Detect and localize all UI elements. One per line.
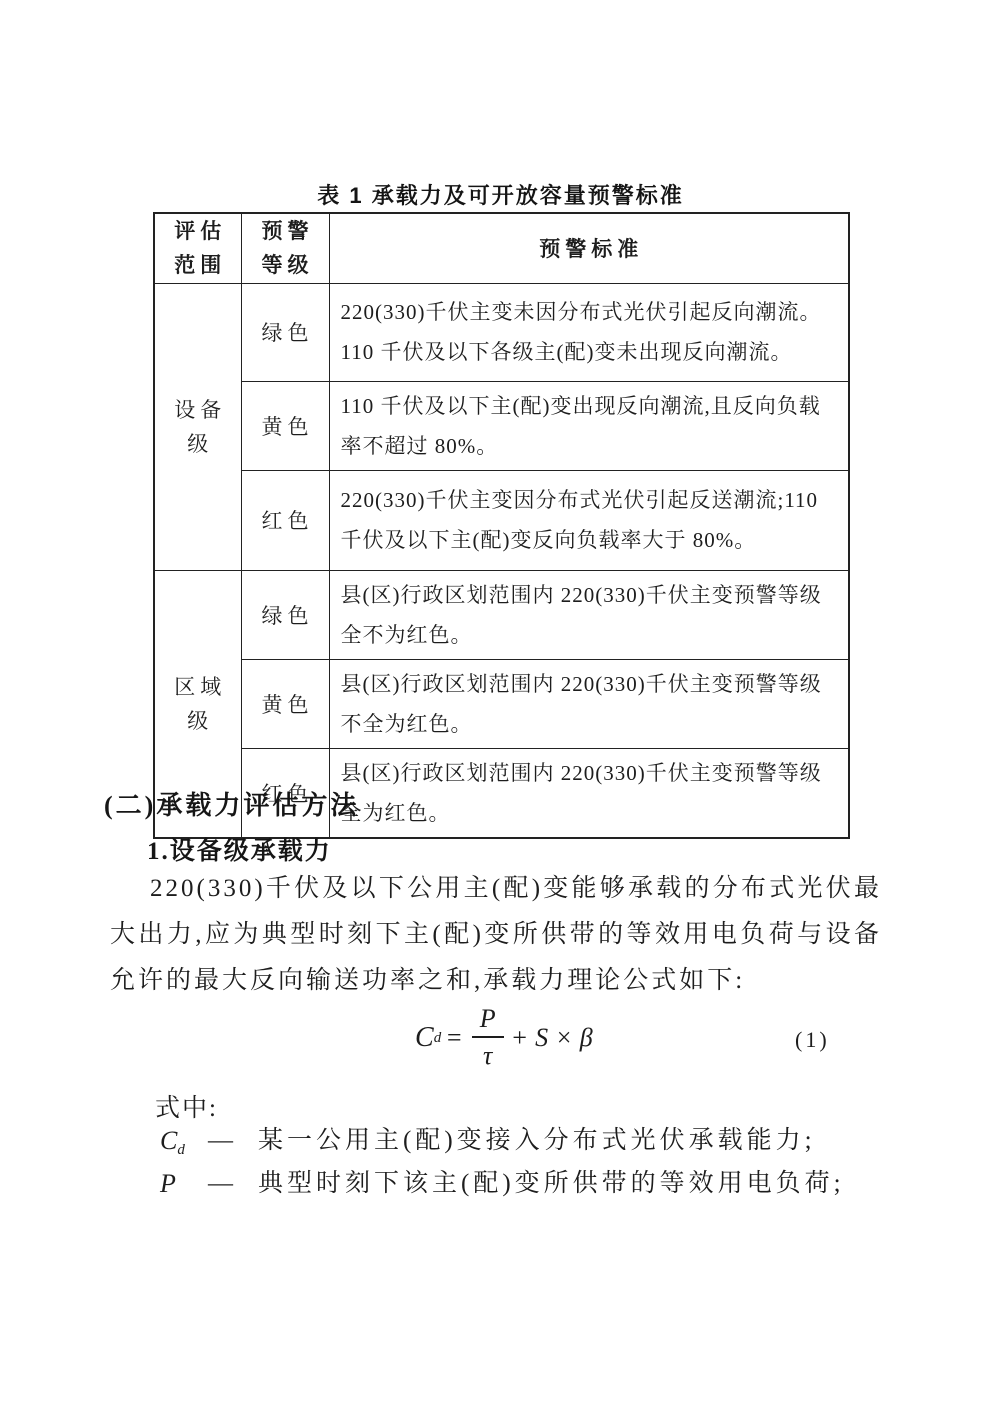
definition-text: 典型时刻下该主(配)变所供带的等效用电负荷; <box>258 1167 878 1201</box>
standard-cell: 110 千伏及以下主(配)变出现反向潮流,且反向负载率不超过 80%。 <box>329 381 849 470</box>
symbol-letter: P <box>160 1169 176 1198</box>
formula-lhs-subscript: d <box>434 1030 442 1047</box>
col-header-scope-line1: 评估 <box>160 214 241 248</box>
symbol-subscript: d <box>177 1142 185 1158</box>
formula-capacity: Cd = P τ + S × β <box>415 1002 593 1074</box>
series-symbol: S <box>535 1023 548 1053</box>
scope-text-line2: 级 <box>160 427 241 461</box>
definition-list: Cd — 某一公用主(配)变接入分布式光伏承载能力; P — 典型时刻下该主(配… <box>160 1124 878 1210</box>
plus-sign: + <box>511 1023 529 1053</box>
standard-cell: 县(区)行政区划范围内 220(330)千伏主变预警等级不全为红色。 <box>329 659 849 748</box>
col-header-level: 预警 等级 <box>241 213 329 283</box>
definition-symbol: P <box>160 1167 204 1210</box>
fraction-denominator: τ <box>472 1036 504 1074</box>
definition-text: 某一公用主(配)变接入分布式光伏承载能力; <box>258 1124 878 1158</box>
definition-dash: — <box>204 1124 258 1158</box>
section-heading: (二)承载力评估方法 <box>104 785 359 822</box>
scope-text-line1: 设备 <box>160 393 241 427</box>
document-page: 表 1 承载力及可开放容量预警标准 评估 范围 预警 等级 预警标准 设备 级 … <box>0 0 992 1403</box>
table-row: 区域 级 绿色 县(区)行政区划范围内 220(330)千伏主变预警等级全不为红… <box>154 570 849 659</box>
level-cell-yellow: 黄色 <box>241 659 329 748</box>
standard-cell: 220(330)千伏主变因分布式光伏引起反送潮流;110 千伏及以下主(配)变反… <box>329 470 849 570</box>
table-row: 黄色 县(区)行政区划范围内 220(330)千伏主变预警等级不全为红色。 <box>154 659 849 748</box>
table-row: 黄色 110 千伏及以下主(配)变出现反向潮流,且反向负载率不超过 80%。 <box>154 381 849 470</box>
subsection-heading: 1.设备级承载力 <box>147 831 332 867</box>
formula-row: Cd = P τ + S × β (1) <box>0 1002 992 1094</box>
scope-text-line2: 级 <box>160 704 241 738</box>
fraction-numerator: P <box>472 1002 504 1036</box>
standard-cell: 县(区)行政区划范围内 220(330)千伏主变预警等级全不为红色。 <box>329 570 849 659</box>
col-header-scope: 评估 范围 <box>154 213 241 283</box>
times-sign: × <box>555 1023 573 1053</box>
definition-dash: — <box>204 1167 258 1201</box>
formula-lhs-symbol: C <box>415 1022 434 1054</box>
definitions-intro: 式中: <box>155 1088 218 1124</box>
definition-item-cd: Cd — 某一公用主(配)变接入分布式光伏承载能力; <box>160 1124 878 1167</box>
level-cell-green: 绿色 <box>241 283 329 381</box>
col-header-level-line1: 预警 <box>247 214 329 248</box>
warning-standards-table: 评估 范围 预警 等级 预警标准 设备 级 绿色 220(330)千伏主变未因分… <box>153 212 850 839</box>
table-caption: 表 1 承载力及可开放容量预警标准 <box>153 179 848 210</box>
level-cell-green: 绿色 <box>241 570 329 659</box>
fraction: P τ <box>472 1002 504 1074</box>
col-header-standard: 预警标准 <box>329 213 849 283</box>
definition-item-p: P — 典型时刻下该主(配)变所供带的等效用电负荷; <box>160 1167 878 1210</box>
body-paragraph: 220(330)千伏及以下公用主(配)变能够承载的分布式光伏最大出力,应为典型时… <box>110 866 882 1004</box>
level-cell-red: 红色 <box>241 470 329 570</box>
definition-symbol: Cd <box>160 1124 204 1167</box>
scope-cell-device-level: 设备 级 <box>154 283 241 570</box>
symbol-letter: C <box>160 1126 177 1155</box>
equals-sign: = <box>445 1023 463 1053</box>
beta-symbol: β <box>580 1023 593 1053</box>
col-header-scope-line2: 范围 <box>160 248 241 282</box>
standard-cell: 220(330)千伏主变未因分布式光伏引起反向潮流。110 千伏及以下各级主(配… <box>329 283 849 381</box>
table-header-row: 评估 范围 预警 等级 预警标准 <box>154 213 849 283</box>
level-cell-yellow: 黄色 <box>241 381 329 470</box>
table-row: 设备 级 绿色 220(330)千伏主变未因分布式光伏引起反向潮流。110 千伏… <box>154 283 849 381</box>
scope-text-line1: 区域 <box>160 670 241 704</box>
standard-cell: 县(区)行政区划范围内 220(330)千伏主变预警等级全为红色。 <box>329 748 849 838</box>
col-header-level-line2: 等级 <box>247 248 329 282</box>
equation-number: (1) <box>795 1027 830 1053</box>
table-row: 红色 220(330)千伏主变因分布式光伏引起反送潮流;110 千伏及以下主(配… <box>154 470 849 570</box>
